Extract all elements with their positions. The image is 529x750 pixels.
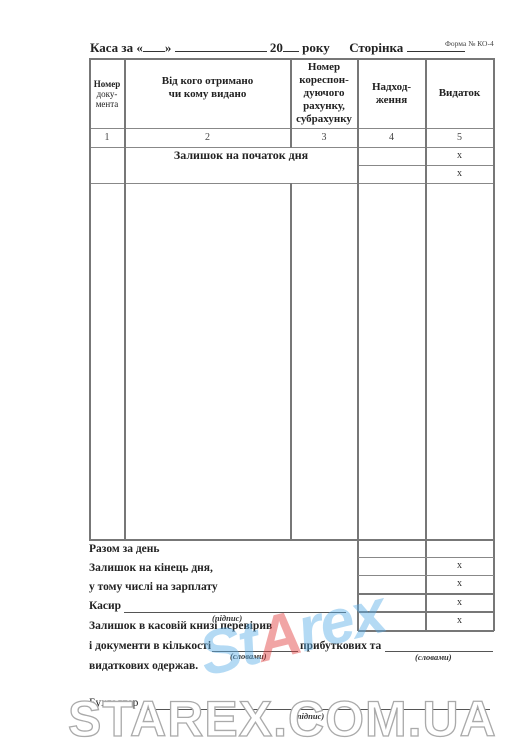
page-label: Сторінка [349,40,403,55]
header-line: доку- [94,89,120,99]
summary-x-5: x [426,615,493,626]
header-line: Надход- [372,81,411,94]
col-line-4 [357,58,359,631]
watermark-part: A [249,598,307,675]
kasa-close: » [165,40,172,55]
year-prefix: 20 [270,40,283,55]
header-expense: Видаток [426,59,493,128]
opening-x-2: x [426,168,493,179]
col-line-1 [89,58,91,540]
summary-line-1 [358,557,494,558]
accountant-signature-line[interactable] [140,709,490,710]
checked-line-label: Залишок в касовій книзі перевірив [89,620,272,632]
accountant-signature-hint: (підпис) [294,711,324,721]
col-number-4: 4 [358,132,425,143]
header-line: чи кому видано [162,88,253,101]
header-corr-account: Номеркореспон-дуючогорахунку,субрахунку [291,59,357,128]
col-line-6 [493,58,495,631]
summary-line-4 [358,611,494,613]
summary-x-4: x [426,597,493,608]
month-field[interactable] [175,40,267,52]
header-income: Надход-ження [358,59,425,128]
header-doc-number: Номердоку-мента [90,59,124,128]
header-line: рахунку, [296,100,352,113]
col-line-5 [425,58,427,631]
closing-balance-label: Залишок на кінець дня, [89,562,213,574]
summary-x-2: x [426,560,493,571]
year-suffix: року [302,40,330,55]
table-body-bottom [89,539,494,541]
col-number-3: 3 [291,132,357,143]
opening-x-1: x [426,150,493,161]
col-number-1: 1 [90,132,124,143]
outgoing-received-label: видаткових одержав. [89,660,198,672]
col-line-2 [124,58,126,540]
docs-count-label: і документи в кількості [89,640,211,652]
incl-salary-label: у тому числі на зарплату [89,581,218,593]
opening-balance-label: Залишок на початок дня [125,148,357,163]
page-number-field[interactable] [407,40,465,52]
page-title: Каса за «» 20 року Сторінка [90,40,465,56]
header-divider [89,128,494,129]
total-per-day-label: Разом за день [89,543,159,555]
col-number-2: 2 [125,132,290,143]
opening-block-bottom [89,183,494,184]
day-field[interactable] [143,40,165,52]
header-line: дуючого [296,87,352,100]
summary-line-3 [358,593,494,595]
header-from-to: Від кого отриманочи кому видано [125,59,290,128]
col-line-3b [290,183,292,540]
incoming-and-label: прибуткових та [300,640,381,652]
header-line: Від кого отримано [162,75,253,88]
header-line: Номер [94,79,120,89]
kasa-prefix: Каса за « [90,40,143,55]
header-line: кореспон- [296,74,352,87]
cashier-label: Касир [89,600,121,612]
header-line: мента [94,99,120,109]
header-line: Видаток [439,87,481,100]
col-number-5: 5 [426,132,493,143]
header-line: ження [372,94,411,107]
summary-line-5 [358,630,494,632]
outgoing-in-words-hint: (словами) [415,652,452,662]
summary-x-3: x [426,578,493,589]
accountant-label: Бухгалтер [89,697,138,709]
header-line: Номер [296,61,352,74]
header-line: субрахунку [296,113,352,126]
incoming-in-words-hint: (словами) [230,651,267,661]
year-field[interactable] [283,40,299,52]
watermark-part: rex [290,577,391,665]
summary-line-2 [358,575,494,576]
